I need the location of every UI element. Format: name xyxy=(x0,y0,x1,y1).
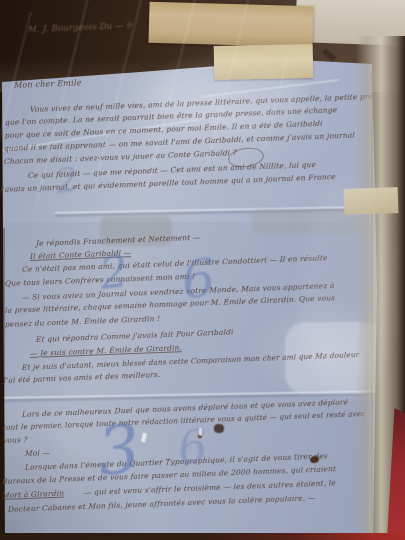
ink-blot xyxy=(214,424,224,433)
glass-sheen xyxy=(300,180,390,400)
pencil-number-mark: 6 xyxy=(179,252,217,307)
white-speck xyxy=(199,428,202,436)
letter-photograph: M. J. Bourgeois Du — 9Mon cher EmileVous… xyxy=(0,0,405,540)
pencil-number-mark: 3 xyxy=(95,416,144,486)
glass-sheen xyxy=(150,60,310,130)
pencil-number-mark: 6 xyxy=(176,423,210,472)
bottom-frame-edge xyxy=(0,533,405,540)
pencil-number-mark: 2 xyxy=(98,251,130,298)
